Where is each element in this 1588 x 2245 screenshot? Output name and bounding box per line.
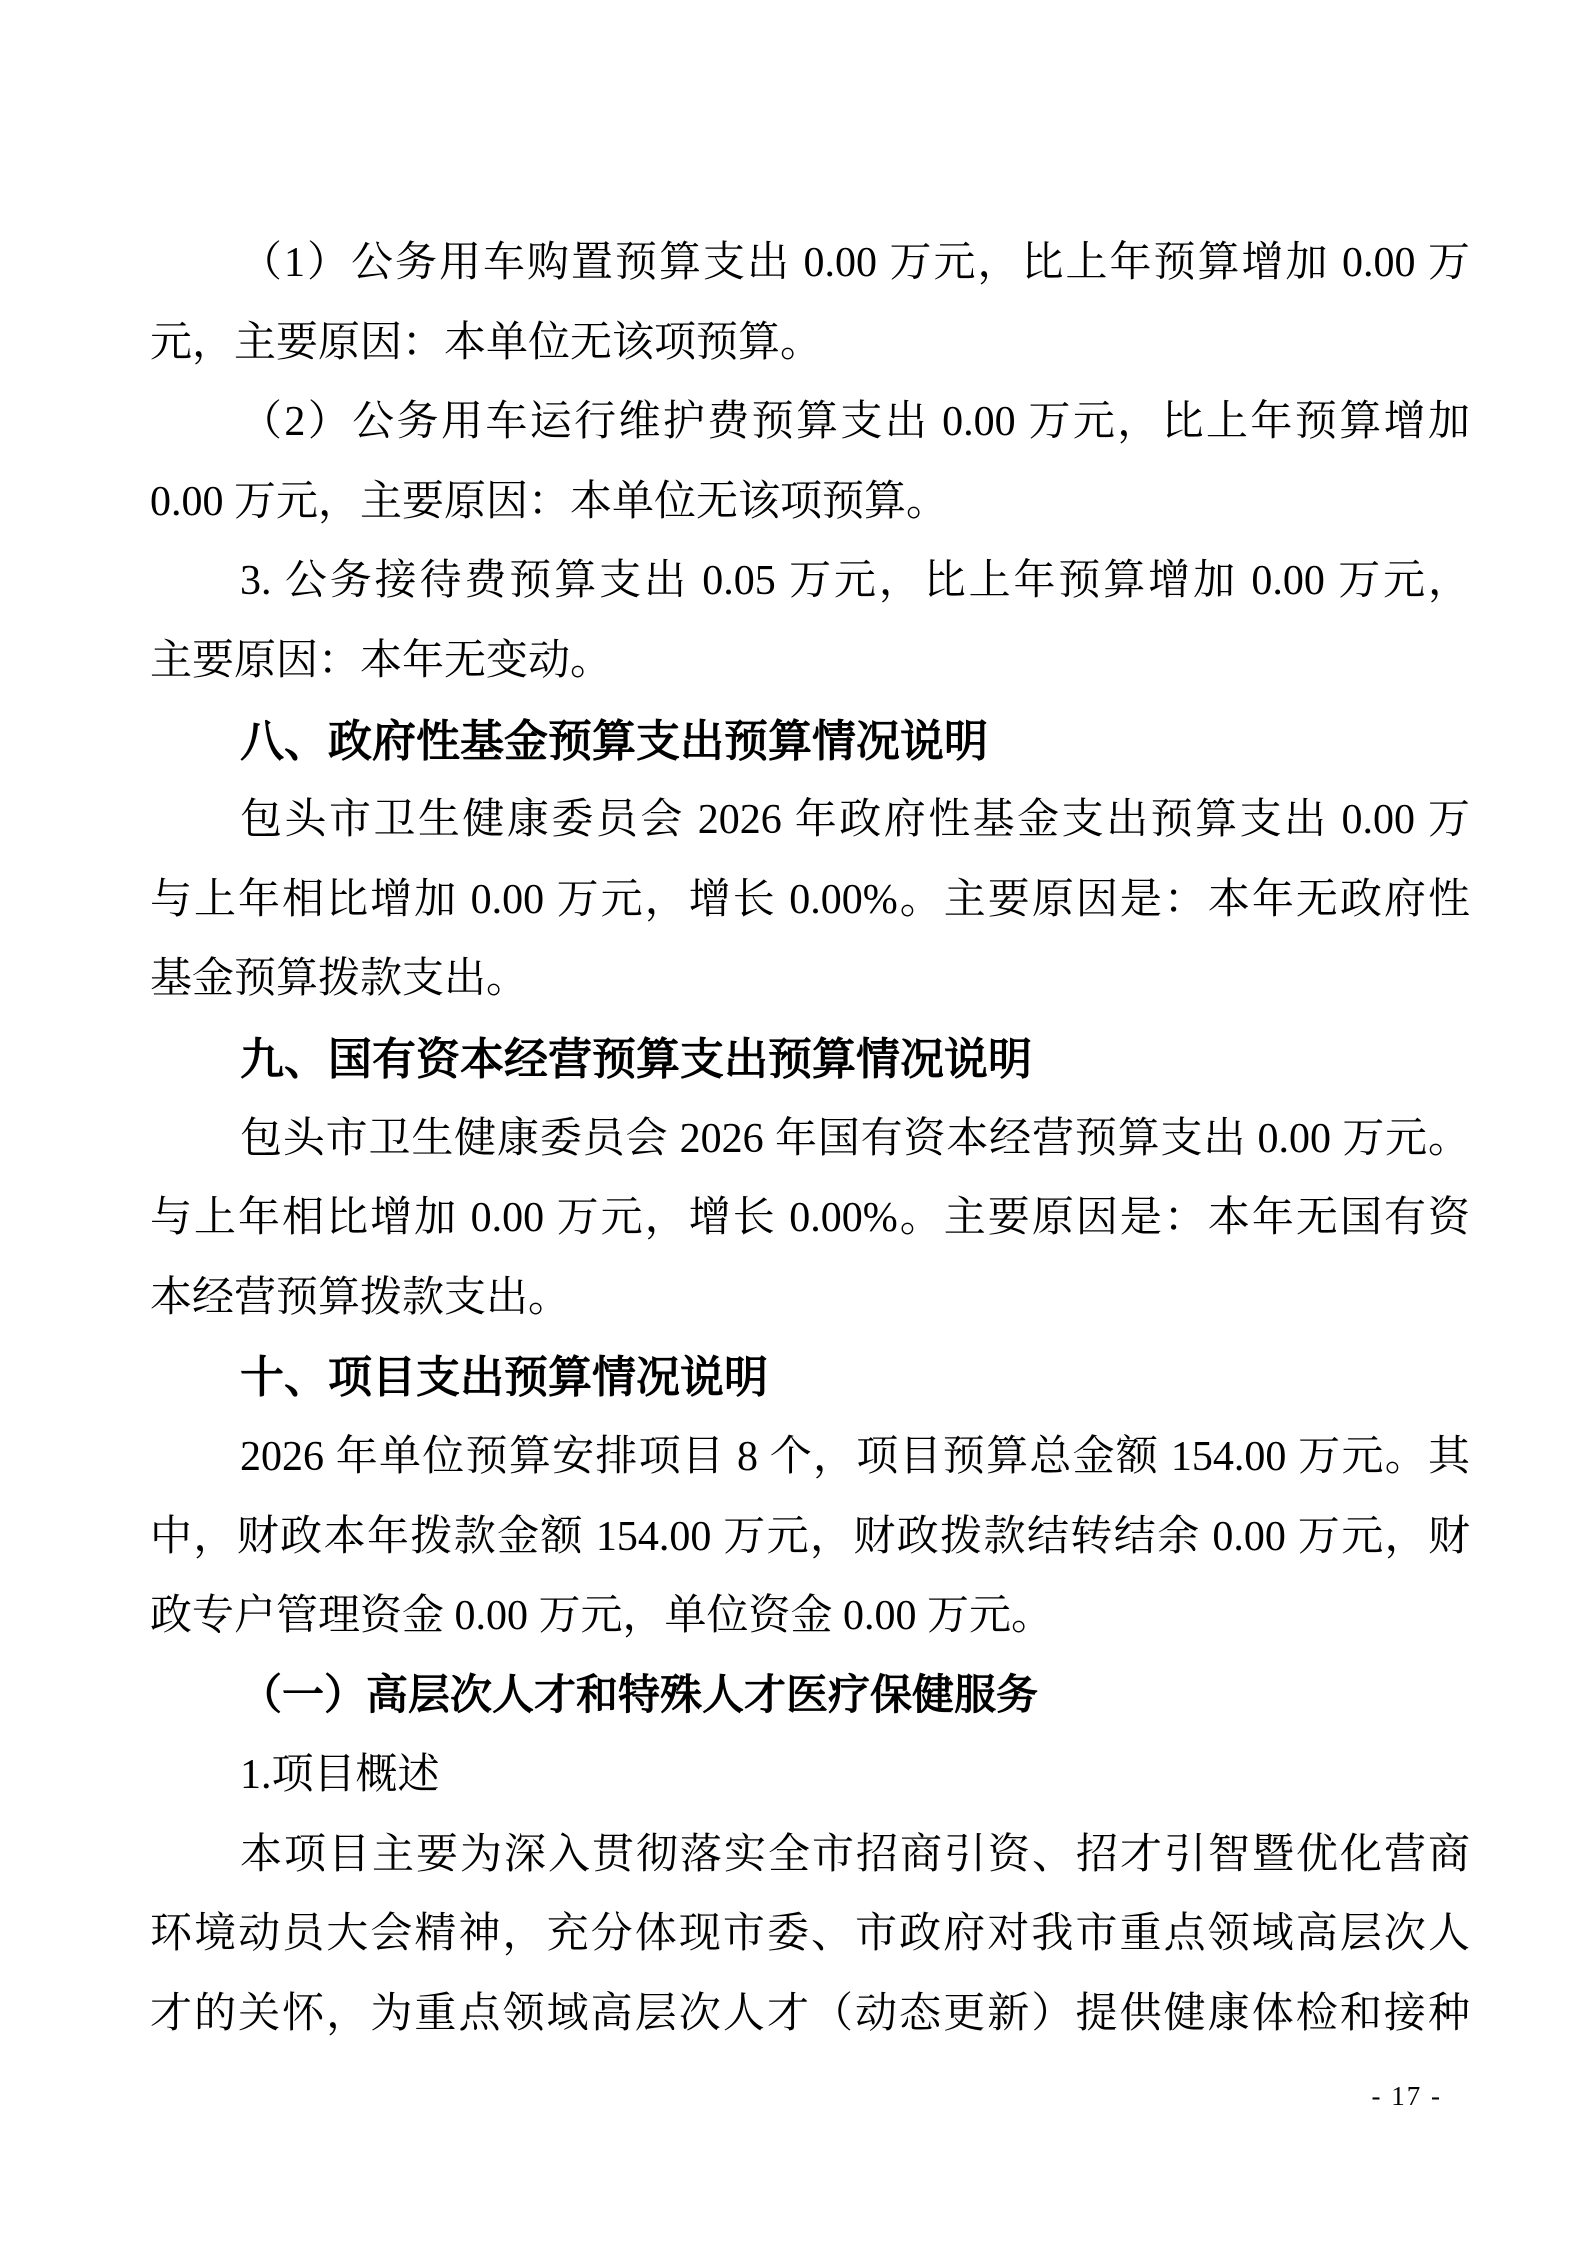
text-line: 政专户管理资金 0.00 万元，单位资金 0.00 万元。 [150,1577,1470,1657]
document-body: （1）公务用车购置预算支出 0.00 万元，比上年预算增加 0.00 万元，主要… [150,224,1470,2055]
text-line: 基金预算拨款支出。 [150,940,1470,1020]
page-number: - 17 - [1372,2080,1442,2112]
text-line: 0.00 万元，主要原因：本单位无该项预算。 [150,463,1470,543]
section-heading: 八、政府性基金预算支出预算情况说明 [150,702,1470,782]
text-line: 中，财政本年拨款金额 154.00 万元，财政拨款结转结余 0.00 万元，财 [150,1498,1470,1578]
text-line: 本项目主要为深入贯彻落实全市招商引资、招才引智暨优化营商 [150,1816,1470,1896]
text-line: 包头市卫生健康委员会 2026 年政府性基金支出预算支出 0.00 万元。 [150,781,1470,861]
sub-heading: （一）高层次人才和特殊人才医疗保健服务 [150,1657,1470,1737]
section-heading: 十、项目支出预算情况说明 [150,1338,1470,1418]
text-line: 元，主要原因：本单位无该项预算。 [150,304,1470,384]
text-line: 主要原因：本年无变动。 [150,622,1470,702]
text-line: 本经营预算拨款支出。 [150,1259,1470,1339]
sub-heading: 1.项目概述 [150,1736,1470,1816]
text-line: 与上年相比增加 0.00 万元，增长 0.00%。主要原因是：本年无国有资 [150,1179,1470,1259]
text-line: 3. 公务接待费预算支出 0.05 万元，比上年预算增加 0.00 万元， [150,542,1470,622]
text-line: 2026 年单位预算安排项目 8 个，项目预算总金额 154.00 万元。其 [150,1418,1470,1498]
text-line: 与上年相比增加 0.00 万元，增长 0.00%。主要原因是：本年无政府性 [150,861,1470,941]
document-page: （1）公务用车购置预算支出 0.00 万元，比上年预算增加 0.00 万元，主要… [0,0,1588,2245]
text-line: （1）公务用车购置预算支出 0.00 万元，比上年预算增加 0.00 万 [150,224,1470,304]
text-line: 才的关怀，为重点领域高层次人才（动态更新）提供健康体检和接种 [150,1975,1470,2055]
section-heading: 九、国有资本经营预算支出预算情况说明 [150,1020,1470,1100]
text-line: 包头市卫生健康委员会 2026 年国有资本经营预算支出 0.00 万元。 [150,1100,1470,1180]
text-line: （2）公务用车运行维护费预算支出 0.00 万元，比上年预算增加 [150,383,1470,463]
text-line: 环境动员大会精神，充分体现市委、市政府对我市重点领域高层次人 [150,1895,1470,1975]
